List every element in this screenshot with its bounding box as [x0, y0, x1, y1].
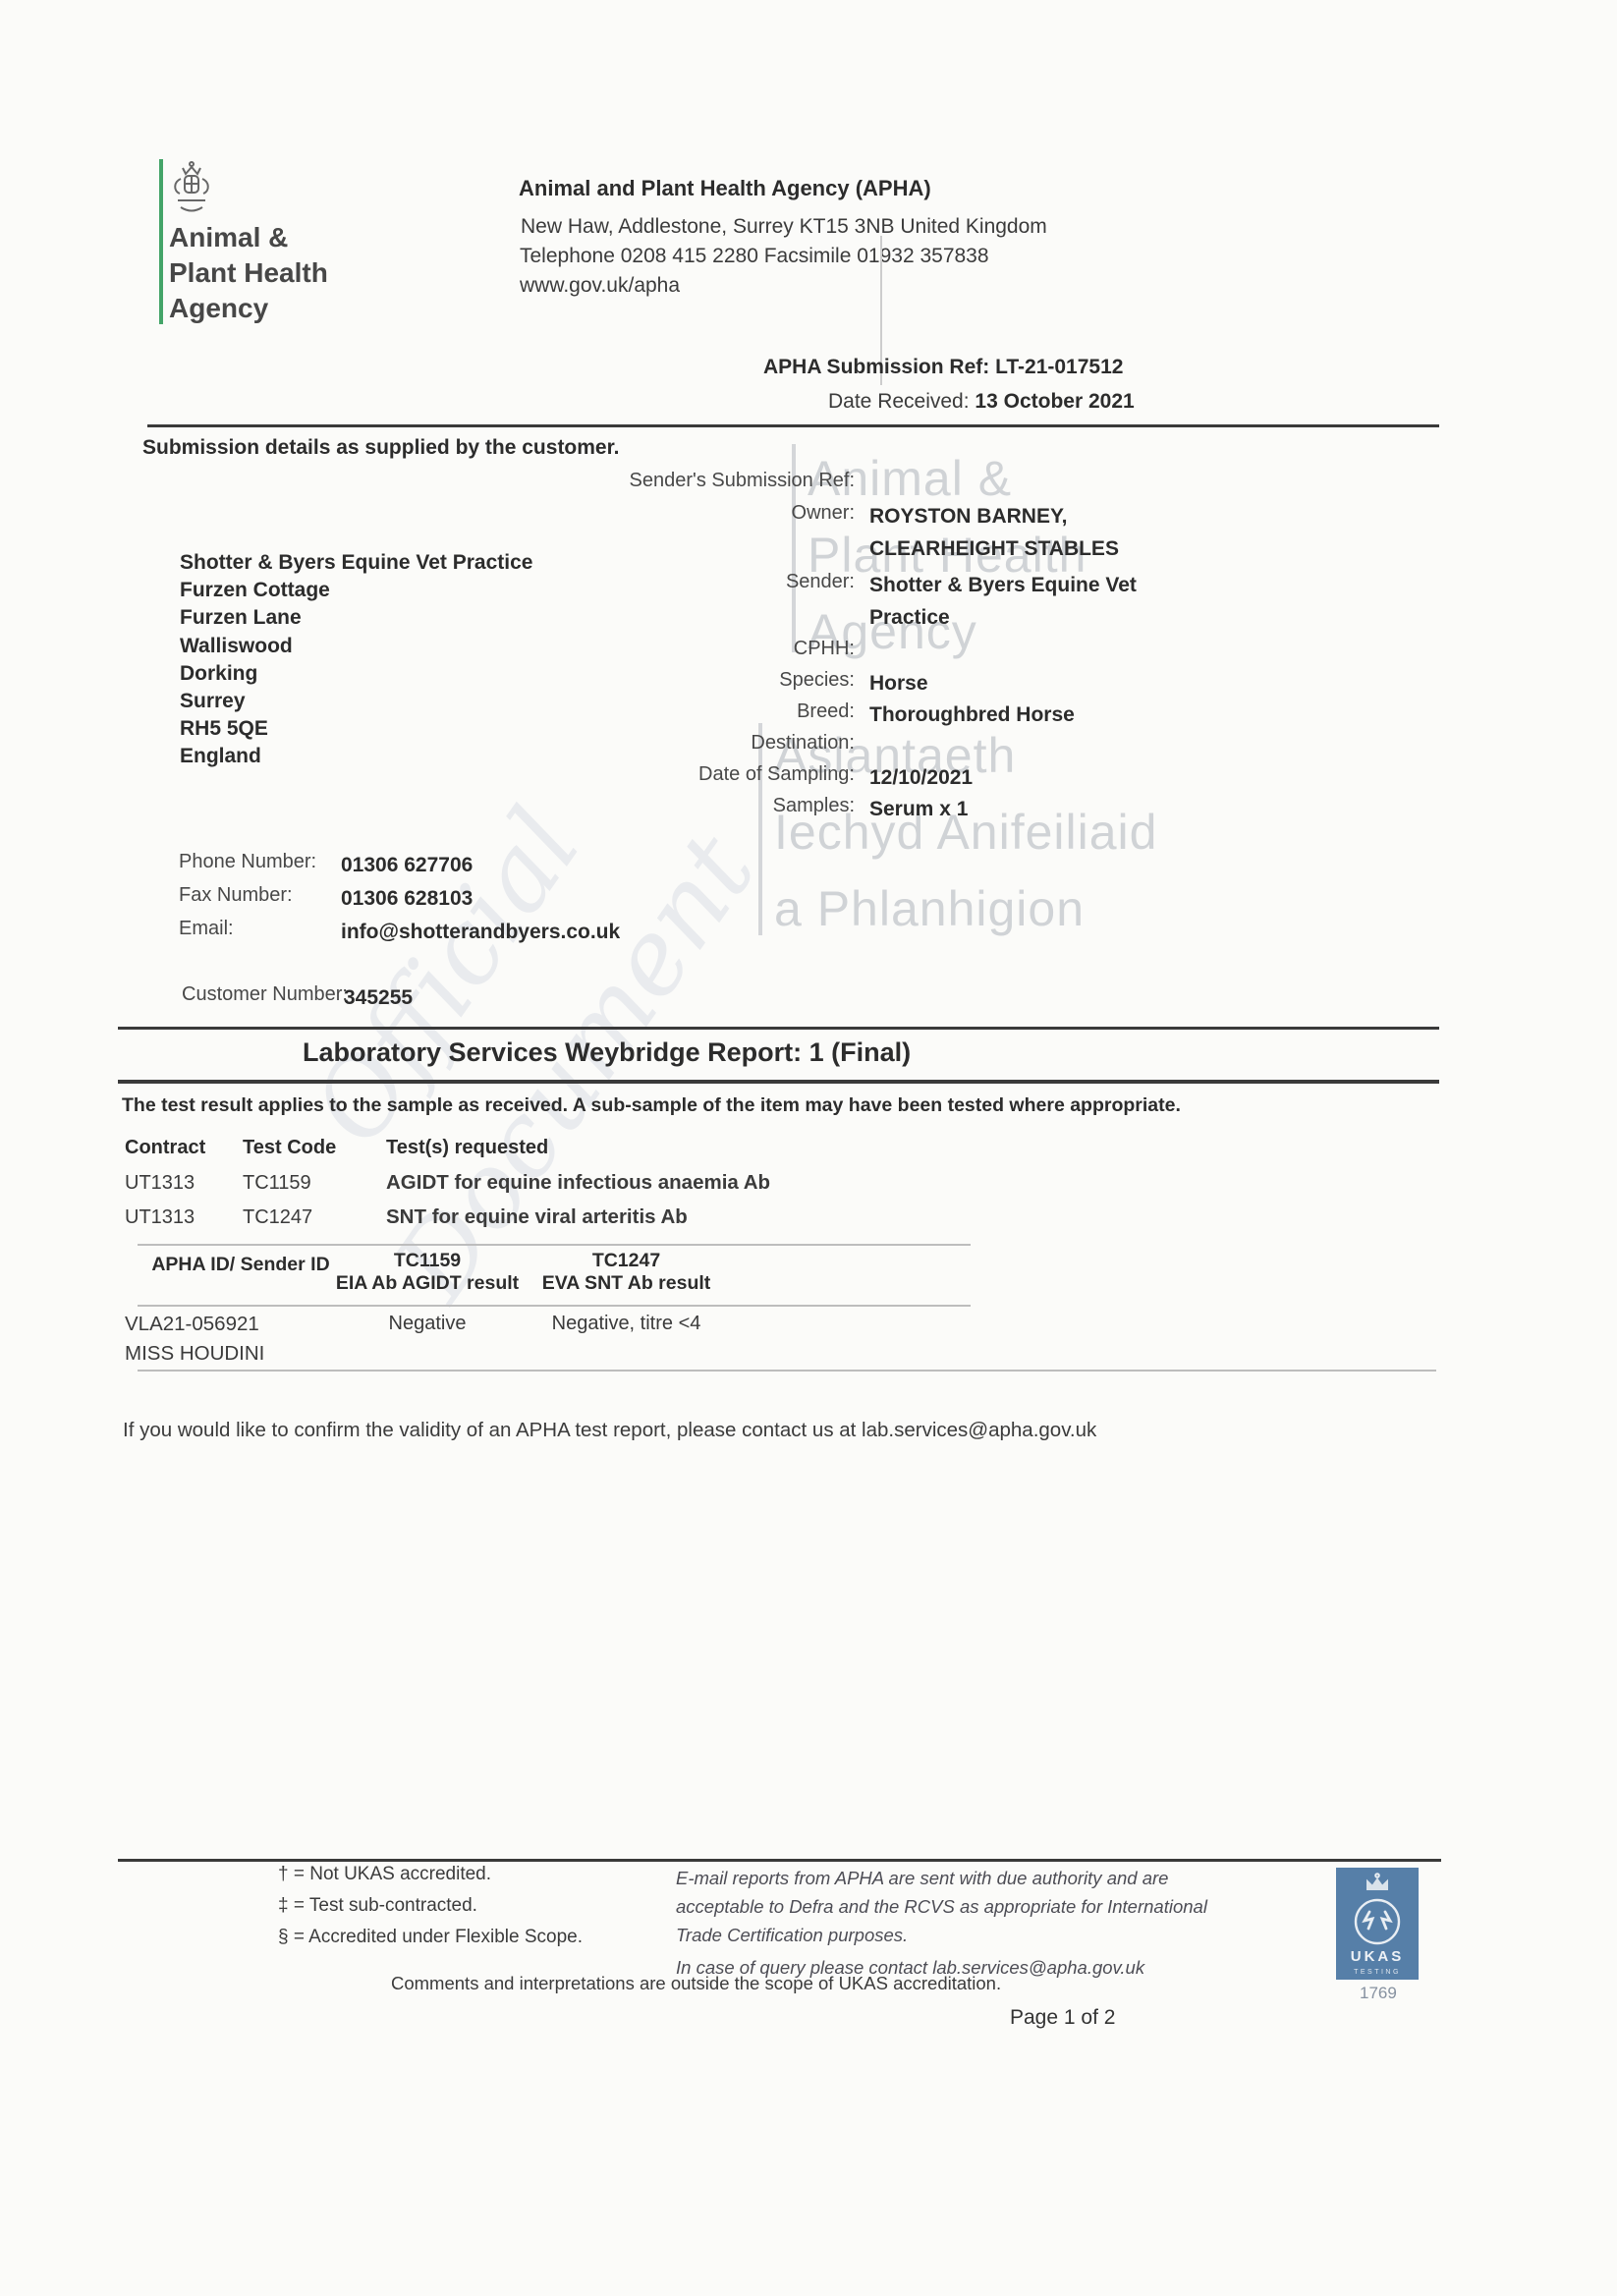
footer-divider-line	[118, 1859, 1441, 1862]
requested-header-test-code: Test Code	[243, 1137, 336, 1159]
field-label-date-of-sampling: Date of Sampling:	[560, 763, 855, 786]
logo-green-bar	[159, 159, 163, 324]
requested-header-contract: Contract	[125, 1137, 205, 1159]
results-table-mid-line	[138, 1305, 971, 1307]
requested-row-test: AGIDT for equine infectious anaemia Ab	[386, 1171, 770, 1195]
footer-email-note-line: Trade Certification purposes.	[676, 1925, 908, 1946]
logo-line: Animal &	[169, 220, 328, 255]
email-value: info@shotterandbyers.co.uk	[341, 916, 620, 948]
footer-legend-double-dagger: ‡ = Test sub-contracted.	[278, 1895, 477, 1917]
submission-details-heading: Submission details as supplied by the cu…	[142, 436, 619, 460]
customer-address-line: Furzen Cottage	[180, 579, 330, 602]
results-table-bottom-line	[138, 1370, 1436, 1372]
results-header-code: TC1247	[511, 1250, 742, 1272]
field-label-sender: Sender:	[560, 571, 855, 593]
footer-email-note-line: E-mail reports from APHA are sent with d…	[676, 1868, 1168, 1889]
date-received-value: 13 October 2021	[975, 390, 1134, 413]
logo-line: Plant Health	[169, 255, 328, 291]
date-received-label: Date Received:	[828, 390, 970, 413]
field-value-date-of-sampling: 12/10/2021	[869, 761, 1169, 794]
results-row-apha-id: VLA21-056921	[125, 1313, 259, 1336]
report-title-bottom-line	[118, 1080, 1439, 1084]
watermark-line: a Phlanhigion	[774, 870, 1157, 947]
customer-address-line: Dorking	[180, 662, 257, 686]
field-label-cphh: CPHH:	[560, 638, 855, 660]
field-label-breed: Breed:	[560, 700, 855, 723]
requested-row-contract: UT1313	[125, 1206, 195, 1229]
results-row-tc1247-result: Negative, titre <4	[511, 1313, 742, 1335]
submission-ref-line: APHA Submission Ref: LT-21-017512	[763, 356, 1123, 379]
ukas-label: UKAS	[1351, 1948, 1405, 1965]
customer-address-line: Shotter & Byers Equine Vet Practice	[180, 551, 532, 575]
report-disclaimer: The test result applies to the sample as…	[122, 1094, 1181, 1117]
results-header-tc1159: TC1159 EIA Ab AGIDT result	[329, 1250, 526, 1295]
field-value-species: Horse	[869, 667, 1169, 700]
email-label: Email:	[179, 918, 234, 940]
requested-row-code: TC1159	[243, 1172, 311, 1195]
field-value-breed: Thoroughbred Horse	[869, 699, 1169, 731]
ukas-sub-label: TESTING	[1354, 1969, 1401, 1976]
agency-address: New Haw, Addlestone, Surrey KT15 3NB Uni…	[521, 215, 1047, 239]
logo-wordmark: Animal & Plant Health Agency	[169, 220, 328, 326]
phone-value: 01306 627706	[341, 849, 473, 881]
date-received-line: Date Received: 13 October 2021	[828, 390, 1135, 414]
requested-row-contract: UT1313	[125, 1172, 195, 1195]
customer-number-label: Customer Number:	[182, 983, 348, 1006]
royal-crest-icon	[169, 159, 214, 221]
fax-label: Fax Number:	[179, 884, 293, 907]
submission-ref-label: APHA Submission Ref:	[763, 356, 989, 378]
ukas-number: 1769	[1360, 1984, 1397, 2003]
customer-address-line: England	[180, 745, 261, 768]
agency-website: www.gov.uk/apha	[520, 274, 680, 298]
page-indicator: Page 1 of 2	[1010, 2006, 1115, 2030]
submission-ref-value: LT-21-017512	[995, 356, 1123, 378]
results-header-name: EIA Ab AGIDT result	[329, 1272, 526, 1295]
requested-row-test: SNT for equine viral arteritis Ab	[386, 1205, 688, 1229]
field-label-samples: Samples:	[560, 795, 855, 817]
customer-address-line: Walliswood	[180, 635, 293, 658]
field-label-senders-submission-ref: Sender's Submission Ref:	[560, 470, 855, 492]
customer-address-line: RH5 5QE	[180, 717, 268, 741]
header-divider-line	[147, 424, 1439, 427]
requested-row-code: TC1247	[243, 1206, 312, 1229]
logo-line: Agency	[169, 291, 328, 326]
agency-phone-fax: Telephone 0208 415 2280 Facsimile 01932 …	[520, 245, 989, 268]
field-value-owner: ROYSTON BARNEY, CLEARHEIGHT STABLES	[869, 500, 1164, 565]
requested-header-tests-requested: Test(s) requested	[386, 1137, 548, 1159]
report-title: Laboratory Services Weybridge Report: 1 …	[303, 1037, 911, 1068]
customer-address-line: Surrey	[180, 690, 246, 713]
footer-legend-section: § = Accredited under Flexible Scope.	[278, 1927, 583, 1948]
footer-email-note-line: acceptable to Defra and the RCVS as appr…	[676, 1896, 1207, 1918]
results-row-sender-id: MISS HOUDINI	[125, 1342, 264, 1366]
document-page: Animal & Plant Health Agency Asiantaeth …	[0, 0, 1617, 2296]
report-title-top-line	[118, 1027, 1439, 1030]
agency-name: Animal and Plant Health Agency (APHA)	[519, 176, 931, 201]
results-table-top-line	[138, 1244, 971, 1246]
field-label-destination: Destination:	[560, 732, 855, 755]
field-label-species: Species:	[560, 669, 855, 692]
field-value-samples: Serum x 1	[869, 793, 1169, 825]
phone-label: Phone Number:	[179, 851, 316, 873]
customer-number-value: 345255	[344, 981, 413, 1014]
results-row-tc1159-result: Negative	[329, 1313, 526, 1335]
customer-address-line: Furzen Lane	[180, 606, 302, 630]
results-header-name: EVA SNT Ab result	[511, 1272, 742, 1295]
results-header-id: APHA ID/ Sender ID	[123, 1254, 359, 1276]
ukas-accreditation-logo: UKAS TESTING	[1332, 1866, 1422, 1987]
footer-comments-note: Comments and interpretations are outside…	[391, 1973, 1001, 1994]
results-header-code: TC1159	[329, 1250, 526, 1272]
field-value-sender: Shotter & Byers Equine Vet Practice	[869, 569, 1164, 634]
results-header-tc1247: TC1247 EVA SNT Ab result	[511, 1250, 742, 1295]
footer-legend-dagger: † = Not UKAS accredited.	[278, 1864, 491, 1885]
fax-value: 01306 628103	[341, 882, 473, 915]
validity-note: If you would like to confirm the validit…	[123, 1419, 1096, 1442]
field-label-owner: Owner:	[560, 502, 855, 525]
